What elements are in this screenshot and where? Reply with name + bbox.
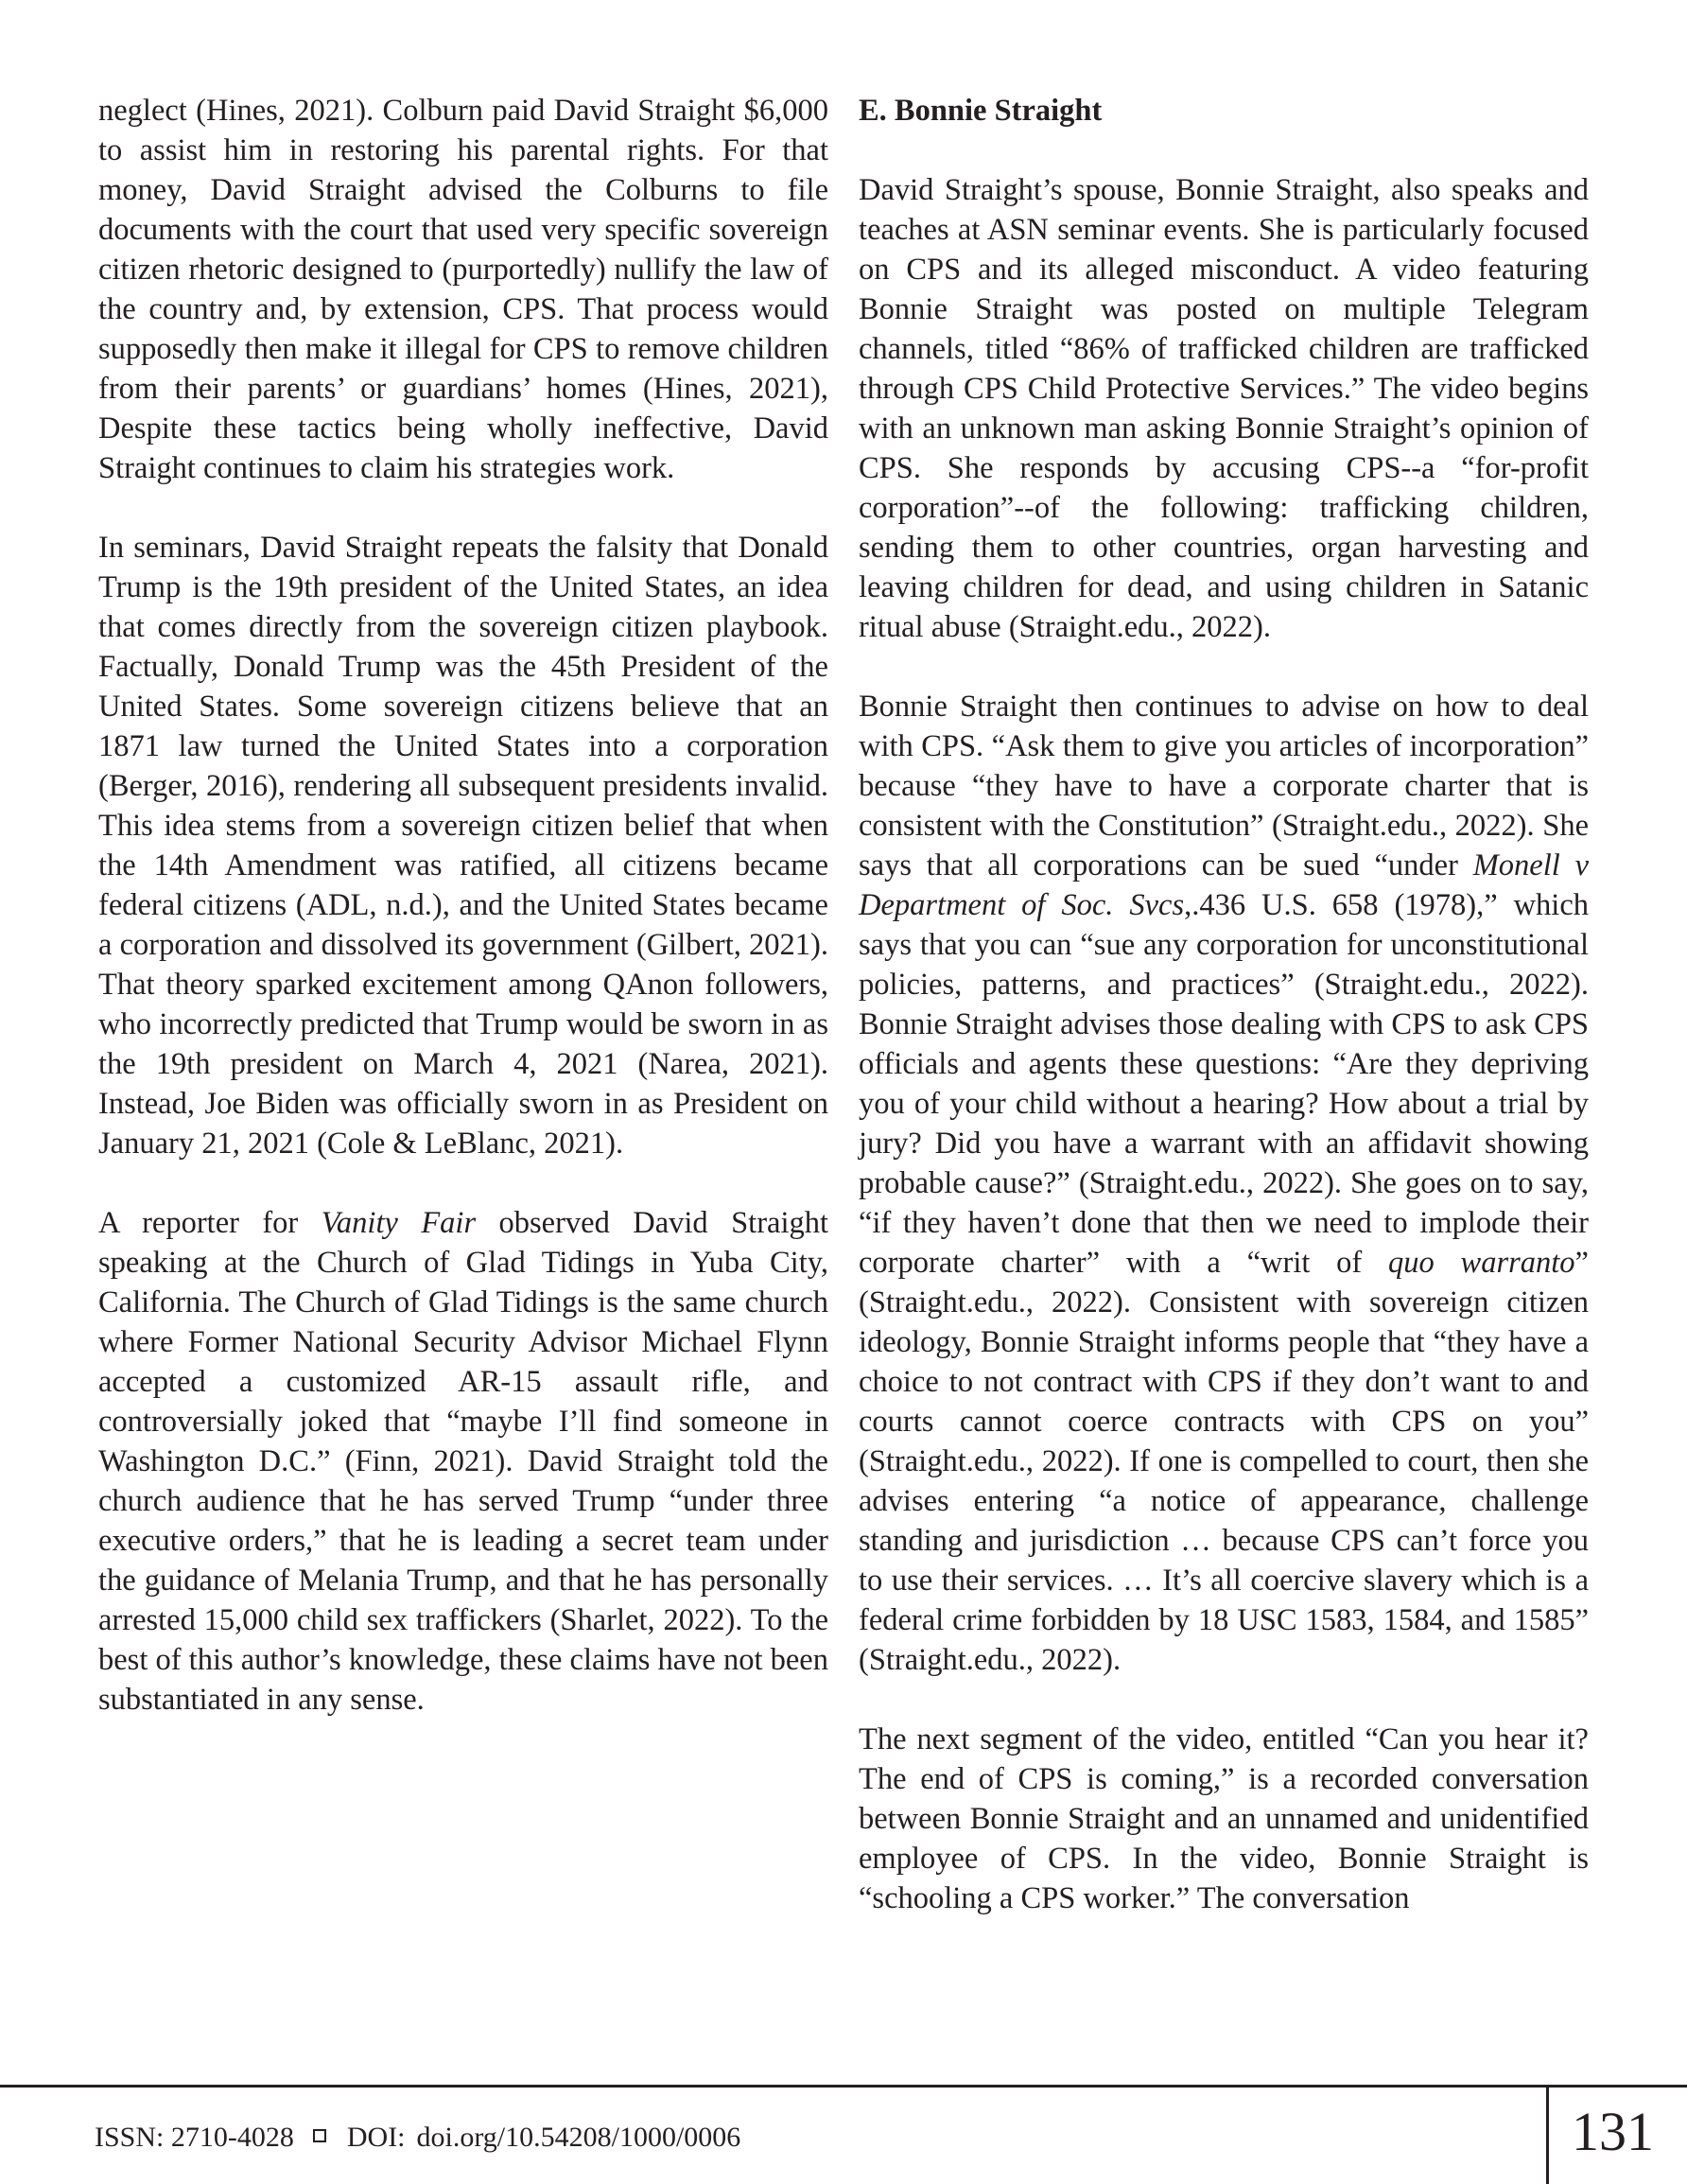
latin-term: quo warranto (1388, 1246, 1575, 1280)
section-heading: E. Bonnie Straight (859, 91, 1589, 131)
paragraph-seminars: In seminars, David Straight repeats the … (98, 528, 828, 1163)
paragraph-vanity-fair: A reporter for Vanity Fair observed Davi… (98, 1203, 828, 1720)
issn-text: ISSN: 2710-4028 (95, 2119, 294, 2157)
doi-label: DOI: (347, 2119, 406, 2157)
doi-link[interactable]: doi.org/10.54208/1000/0006 (417, 2119, 741, 2157)
footer-journal-info: ISSN: 2710-4028 DOI: doi.org/10.54208/10… (95, 2119, 740, 2157)
paragraph-bonnie-intro: David Straight’s spouse, Bonnie Straight… (859, 170, 1589, 647)
page-number: 131 (1572, 2102, 1654, 2162)
paragraph-bonnie-advice: Bonnie Straight then continues to advise… (859, 687, 1589, 1680)
text-run: A reporter for (98, 1206, 322, 1240)
square-separator-icon (313, 2129, 326, 2142)
footer-vertical-rule (1546, 2086, 1549, 2184)
paragraph-colburn: neglect (Hines, 2021). Colburn paid Davi… (98, 91, 828, 488)
text-run: observed David Straight speaking at the … (98, 1206, 828, 1717)
right-column: E. Bonnie Straight David Straight’s spou… (859, 91, 1589, 1918)
publication-title: Vanity Fair (322, 1206, 476, 1240)
text-run: ” (Straight.edu., 2022). Consistent with… (859, 1246, 1589, 1677)
footer-horizontal-rule (0, 2085, 1687, 2088)
text-run: ,.436 U.S. 658 (1978),” which says that … (859, 888, 1589, 1280)
left-column: neglect (Hines, 2021). Colburn paid Davi… (98, 91, 828, 1720)
paragraph-next-segment: The next segment of the video, entitled … (859, 1720, 1589, 1918)
